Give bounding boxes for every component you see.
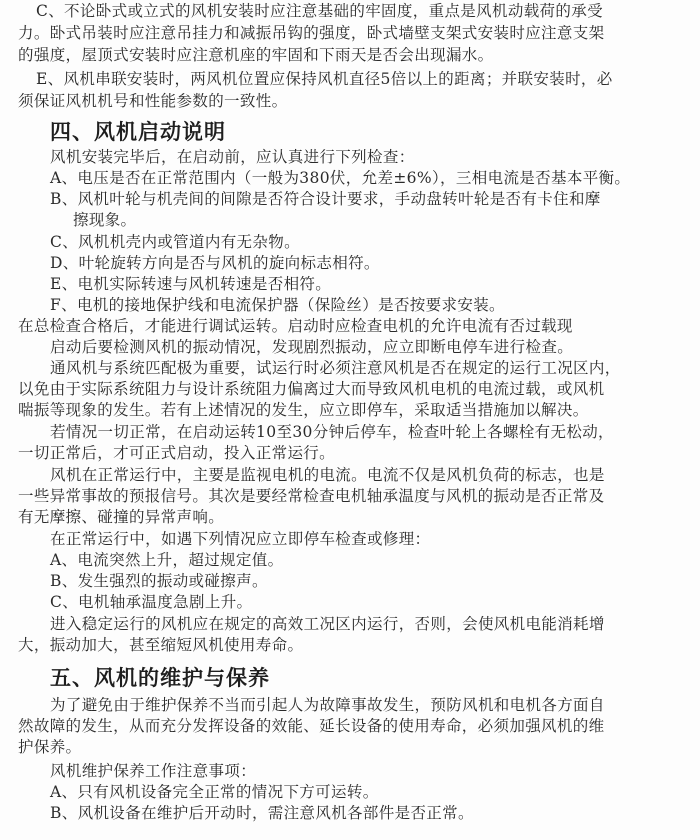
check-e: E、电机实际转速与风机转速是否相符。 [50, 274, 331, 294]
maintenance-note-b: B、风机设备在维护后开动时，需注意风机各部件是否正常。 [50, 803, 474, 823]
install-c-line-1: C、不论卧式或立式的风机安装时应注意基础的牢固度，重点是风机动载荷的承受 [36, 1, 603, 21]
maintenance-notes-title: 风机维护保养工作注意事项： [50, 761, 256, 781]
check-d: D、叶轮旋转方向是否与风机的旋向标志相符。 [50, 253, 380, 273]
check-c: C、风机机壳内或管道内有无杂物。 [50, 232, 300, 252]
check-b-line-1: B、风机叶轮与机壳间的间隙是否符合设计要求，手动盘转叶轮是否有卡住和摩 [50, 189, 601, 209]
install-e-line-1: E、风机串联安装时，两风机位置应保持风机直径5倍以上的距离；并联安装时，必 [36, 69, 613, 89]
install-c-line-3: 的强度，屋顶式安装时应注意机座的牢固和下雨天是否会出现漏水。 [18, 45, 494, 65]
document-page: C、不论卧式或立式的风机安装时应注意基础的牢固度，重点是风机动载荷的承受 力。卧… [0, 0, 700, 840]
check-f: F、电机的接地保护线和电流保护器（保险丝）是否按要求安装。 [50, 295, 505, 315]
stop-item-a: A、电流突然上升，超过规定值。 [50, 550, 283, 570]
after-check-line-1: 在总检查合格后，才能进行调试运转。启动时应检查电机的允许电流有否过载现 [18, 316, 573, 336]
trial-line-2: 一切正常后，才可正式启动，投入正常运行。 [18, 443, 335, 463]
efficiency-line-1: 进入稳定运行的风机应在规定的高效工况区内运行，否则，会使风机电能消耗增 [50, 614, 605, 634]
check-b-line-2: 擦现象。 [73, 210, 136, 230]
install-e-line-2: 须保证风机机号和性能参数的一致性。 [18, 91, 287, 111]
section-4-heading: 四、风机启动说明 [50, 116, 226, 146]
monitor-line-1: 风机在正常运行中，主要是监视电机的电流。电流不仅是风机负荷的标志，也是 [50, 465, 605, 485]
maintenance-intro-line-2: 然故障的发生，从而充分发挥设备的效能、延长设备的使用寿命，必须加强风机的维 [18, 716, 604, 736]
startup-intro: 风机安装完毕后，在启动前，应认真进行下列检查： [50, 147, 415, 167]
install-c-line-2: 力。卧式吊装时应注意吊挂力和减振吊钩的强度，卧式墙壁支架式安装时应注意支架 [18, 23, 604, 43]
check-a: A、电压是否在正常范围内（一般为380伏，允差±6%），三相电流是否基本平衡。 [50, 168, 630, 188]
matching-line-2: 以免由于实际系统阻力与设计系统阻力偏离过大而导致风机电机的电流过载，或风机 [18, 379, 604, 399]
maintenance-intro-line-3: 护保养。 [18, 737, 81, 757]
matching-line-1: 通风机与系统匹配极为重要，试运行时必须注意风机是否在规定的运行工况区内， [50, 358, 621, 378]
maintenance-note-a: A、只有风机设备完全正常的情况下方可运转。 [50, 782, 379, 802]
vibration-check: 启动后要检测风机的振动情况，发现剧烈振动，应立即断电停车进行检查。 [50, 337, 573, 357]
monitor-line-2: 一些异常事故的预报信号。其次是要经常检查电机轴承温度与风机的振动是否正常及 [18, 486, 604, 506]
monitor-line-3: 有无摩擦、碰撞的异常声响。 [18, 507, 224, 527]
stop-intro: 在正常运行中，如遇下列情况应立即停车检查或修理： [50, 529, 430, 549]
trial-line-1: 若情况一切正常，在启动运转10至30分钟后停车，检查叶轮上各螺栓有无松动， [50, 422, 614, 442]
matching-line-3: 喘振等现象的发生。若有上述情况的发生，应立即停车，采取适当措施加以解决。 [18, 400, 589, 420]
section-5-heading: 五、风机的维护与保养 [50, 662, 270, 692]
stop-item-b: B、发生强烈的振动或碰擦声。 [50, 571, 268, 591]
efficiency-line-2: 大，振动加大，甚至缩短风机使用寿命。 [18, 635, 303, 655]
stop-item-c: C、电机轴承温度急剧上升。 [50, 592, 252, 612]
maintenance-intro-line-1: 为了避免由于维护保养不当而引起人为故障事故发生，预防风机和电机各方面自 [50, 695, 605, 715]
